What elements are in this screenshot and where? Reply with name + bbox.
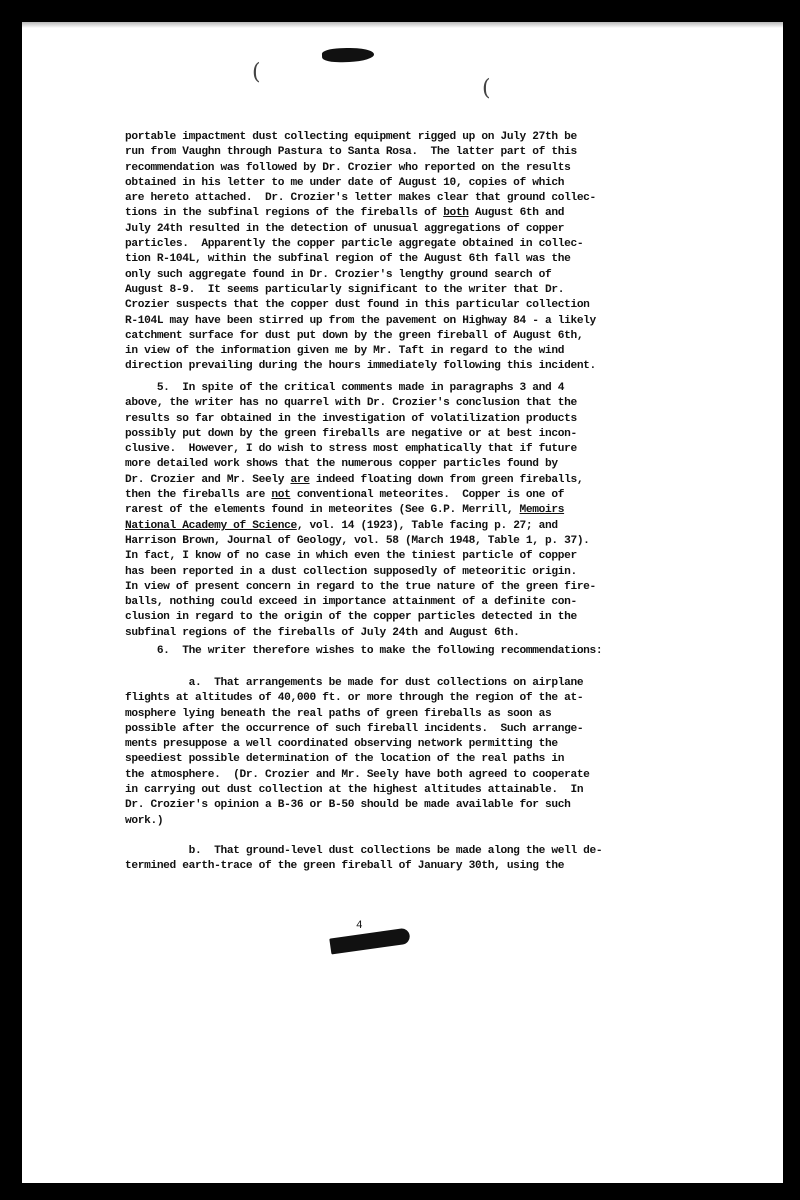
paragraph-5: 5. In spite of the critical comments mad…: [125, 381, 685, 641]
text-line: then the fireballs are not conventional …: [125, 488, 685, 503]
text-line: Harrison Brown, Journal of Geology, vol.…: [125, 534, 685, 549]
stray-mark: (: [482, 76, 491, 101]
text-line: catchment surface for dust put down by t…: [125, 329, 685, 344]
paragraph-continued: portable impactment dust collecting equi…: [125, 130, 685, 375]
text-line: termined earth-trace of the green fireba…: [125, 859, 685, 874]
text-line: portable impactment dust collecting equi…: [125, 130, 685, 145]
text-line: work.): [125, 814, 685, 829]
text-line: In fact, I know of no case in which even…: [125, 549, 685, 564]
text-line: Dr. Crozier's opinion a B-36 or B-50 sho…: [125, 798, 685, 813]
text-line: obtained in his letter to me under date …: [125, 176, 685, 191]
text-line: National Academy of Science, vol. 14 (19…: [125, 519, 685, 534]
document-page: ( ( portable impactment dust collecting …: [22, 22, 783, 1183]
text-line: tions in the subfinal regions of the fir…: [125, 206, 685, 221]
text-line: subfinal regions of the fireballs of Jul…: [125, 626, 685, 641]
text-line: rarest of the elements found in meteorit…: [125, 503, 685, 518]
text-line: ments presuppose a well coordinated obse…: [125, 737, 685, 752]
text-line: possible after the occurrence of such fi…: [125, 722, 685, 737]
text-line: in carrying out dust collection at the h…: [125, 783, 685, 798]
paragraph-6: 6. The writer therefore wishes to make t…: [125, 644, 685, 659]
text-line: mosphere lying beneath the real paths of…: [125, 707, 685, 722]
text-line: in view of the information given me by M…: [125, 344, 685, 359]
text-line: b. That ground-level dust collections be…: [125, 844, 685, 859]
recommendation-a: a. That arrangements be made for dust co…: [125, 676, 685, 829]
text-line: above, the writer has no quarrel with Dr…: [125, 396, 685, 411]
redaction-blot-top: [322, 47, 374, 63]
text-line: results so far obtained in the investiga…: [125, 412, 685, 427]
text-line: the atmosphere. (Dr. Crozier and Mr. See…: [125, 768, 685, 783]
text-line: 6. The writer therefore wishes to make t…: [125, 644, 685, 659]
page-edge-shadow: [22, 22, 783, 28]
page-number: 4: [356, 920, 363, 932]
text-line: run from Vaughn through Pastura to Santa…: [125, 145, 685, 160]
text-line: are hereto attached. Dr. Crozier's lette…: [125, 191, 685, 206]
text-line: 5. In spite of the critical comments mad…: [125, 381, 685, 396]
text-line: a. That arrangements be made for dust co…: [125, 676, 685, 691]
text-line: clusion in regard to the origin of the c…: [125, 610, 685, 625]
recommendation-b: b. That ground-level dust collections be…: [125, 844, 685, 875]
text-line: more detailed work shows that the numero…: [125, 457, 685, 472]
text-line: only such aggregate found in Dr. Crozier…: [125, 268, 685, 283]
text-line: speediest possible determination of the …: [125, 752, 685, 767]
text-line: balls, nothing could exceed in importanc…: [125, 595, 685, 610]
text-line: direction prevailing during the hours im…: [125, 359, 685, 374]
text-line: possibly put down by the green fireballs…: [125, 427, 685, 442]
text-line: clusive. However, I do wish to stress mo…: [125, 442, 685, 457]
text-line: R-104L may have been stirred up from the…: [125, 314, 685, 329]
redaction-blot-bottom: [329, 928, 410, 955]
text-line: flights at altitudes of 40,000 ft. or mo…: [125, 691, 685, 706]
text-line: particles. Apparently the copper particl…: [125, 237, 685, 252]
text-line: Crozier suspects that the copper dust fo…: [125, 298, 685, 313]
stray-mark: (: [252, 60, 261, 85]
text-line: has been reported in a dust collection s…: [125, 565, 685, 580]
text-line: August 8-9. It seems particularly signif…: [125, 283, 685, 298]
text-line: In view of present concern in regard to …: [125, 580, 685, 595]
text-line: July 24th resulted in the detection of u…: [125, 222, 685, 237]
text-line: tion R-104L, within the subfinal region …: [125, 252, 685, 267]
text-line: recommendation was followed by Dr. Crozi…: [125, 161, 685, 176]
text-line: Dr. Crozier and Mr. Seely are indeed flo…: [125, 473, 685, 488]
